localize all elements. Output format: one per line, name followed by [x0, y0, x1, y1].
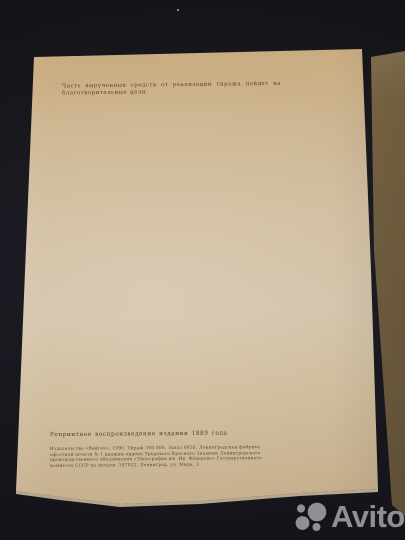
- reprint-heading: Репринтное воспроизведение издания 1889 …: [50, 430, 310, 438]
- listing-photo: Часть вырученных средств от реализации т…: [0, 0, 405, 540]
- charity-note-line: благотворительные цели.: [62, 88, 298, 98]
- avito-dots-icon: [294, 502, 328, 533]
- colophon-line: комитета СССР по печати. 197022, Ленингр…: [50, 462, 272, 470]
- avito-wordmark: Avito: [331, 499, 405, 535]
- dust-speck: [177, 9, 179, 11]
- book-back-page: Часть вырученных средств от реализации т…: [0, 0, 405, 540]
- avito-watermark: Avito: [294, 499, 405, 535]
- colophon-block: Издательство «Вайгач», 1990. Тираж 300 0…: [50, 445, 272, 470]
- charity-note: Часть вырученных средств от реализации т…: [62, 81, 298, 98]
